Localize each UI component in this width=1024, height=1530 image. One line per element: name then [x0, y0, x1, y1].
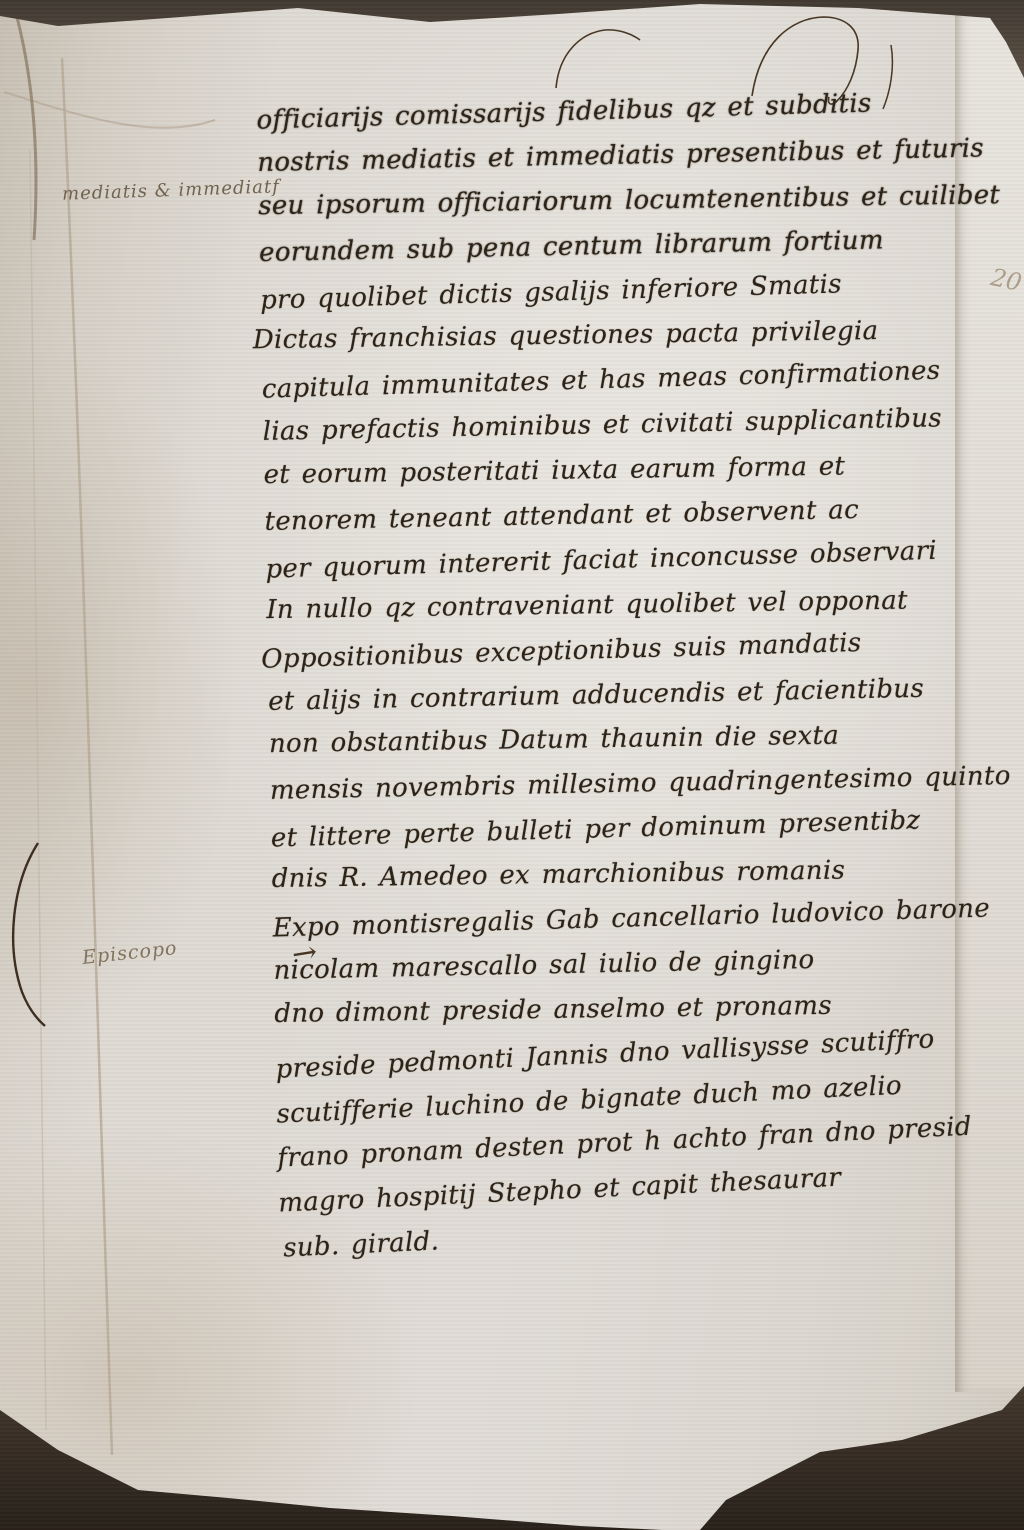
margin-ink-curve: [13, 843, 45, 1026]
photo-top-shadow: [0, 0, 1024, 80]
margin-note-episcopo: Episcopo: [81, 937, 178, 969]
photograph-background: 20 mediatis & immediatf Episcopo → offic…: [0, 0, 1024, 1530]
torn-bottom-edge-shadow: [0, 1332, 1024, 1530]
pen-flourish-arc: [556, 30, 640, 88]
torn-corner-line: [14, 6, 36, 240]
margin-note-mediatis: mediatis & immediatf: [62, 176, 280, 205]
manuscript-page: 20 mediatis & immediatf Episcopo → offic…: [0, 0, 1024, 1530]
adjacent-page-number: 20: [988, 263, 1024, 297]
page-crease: [30, 150, 46, 1430]
page-crease: [62, 58, 112, 1455]
underlying-page-edge: [955, 14, 1024, 1392]
manuscript-text-block: officiarijs comissarijs fidelibus qz et …: [256, 82, 959, 1263]
page-fold-line: [4, 92, 215, 128]
